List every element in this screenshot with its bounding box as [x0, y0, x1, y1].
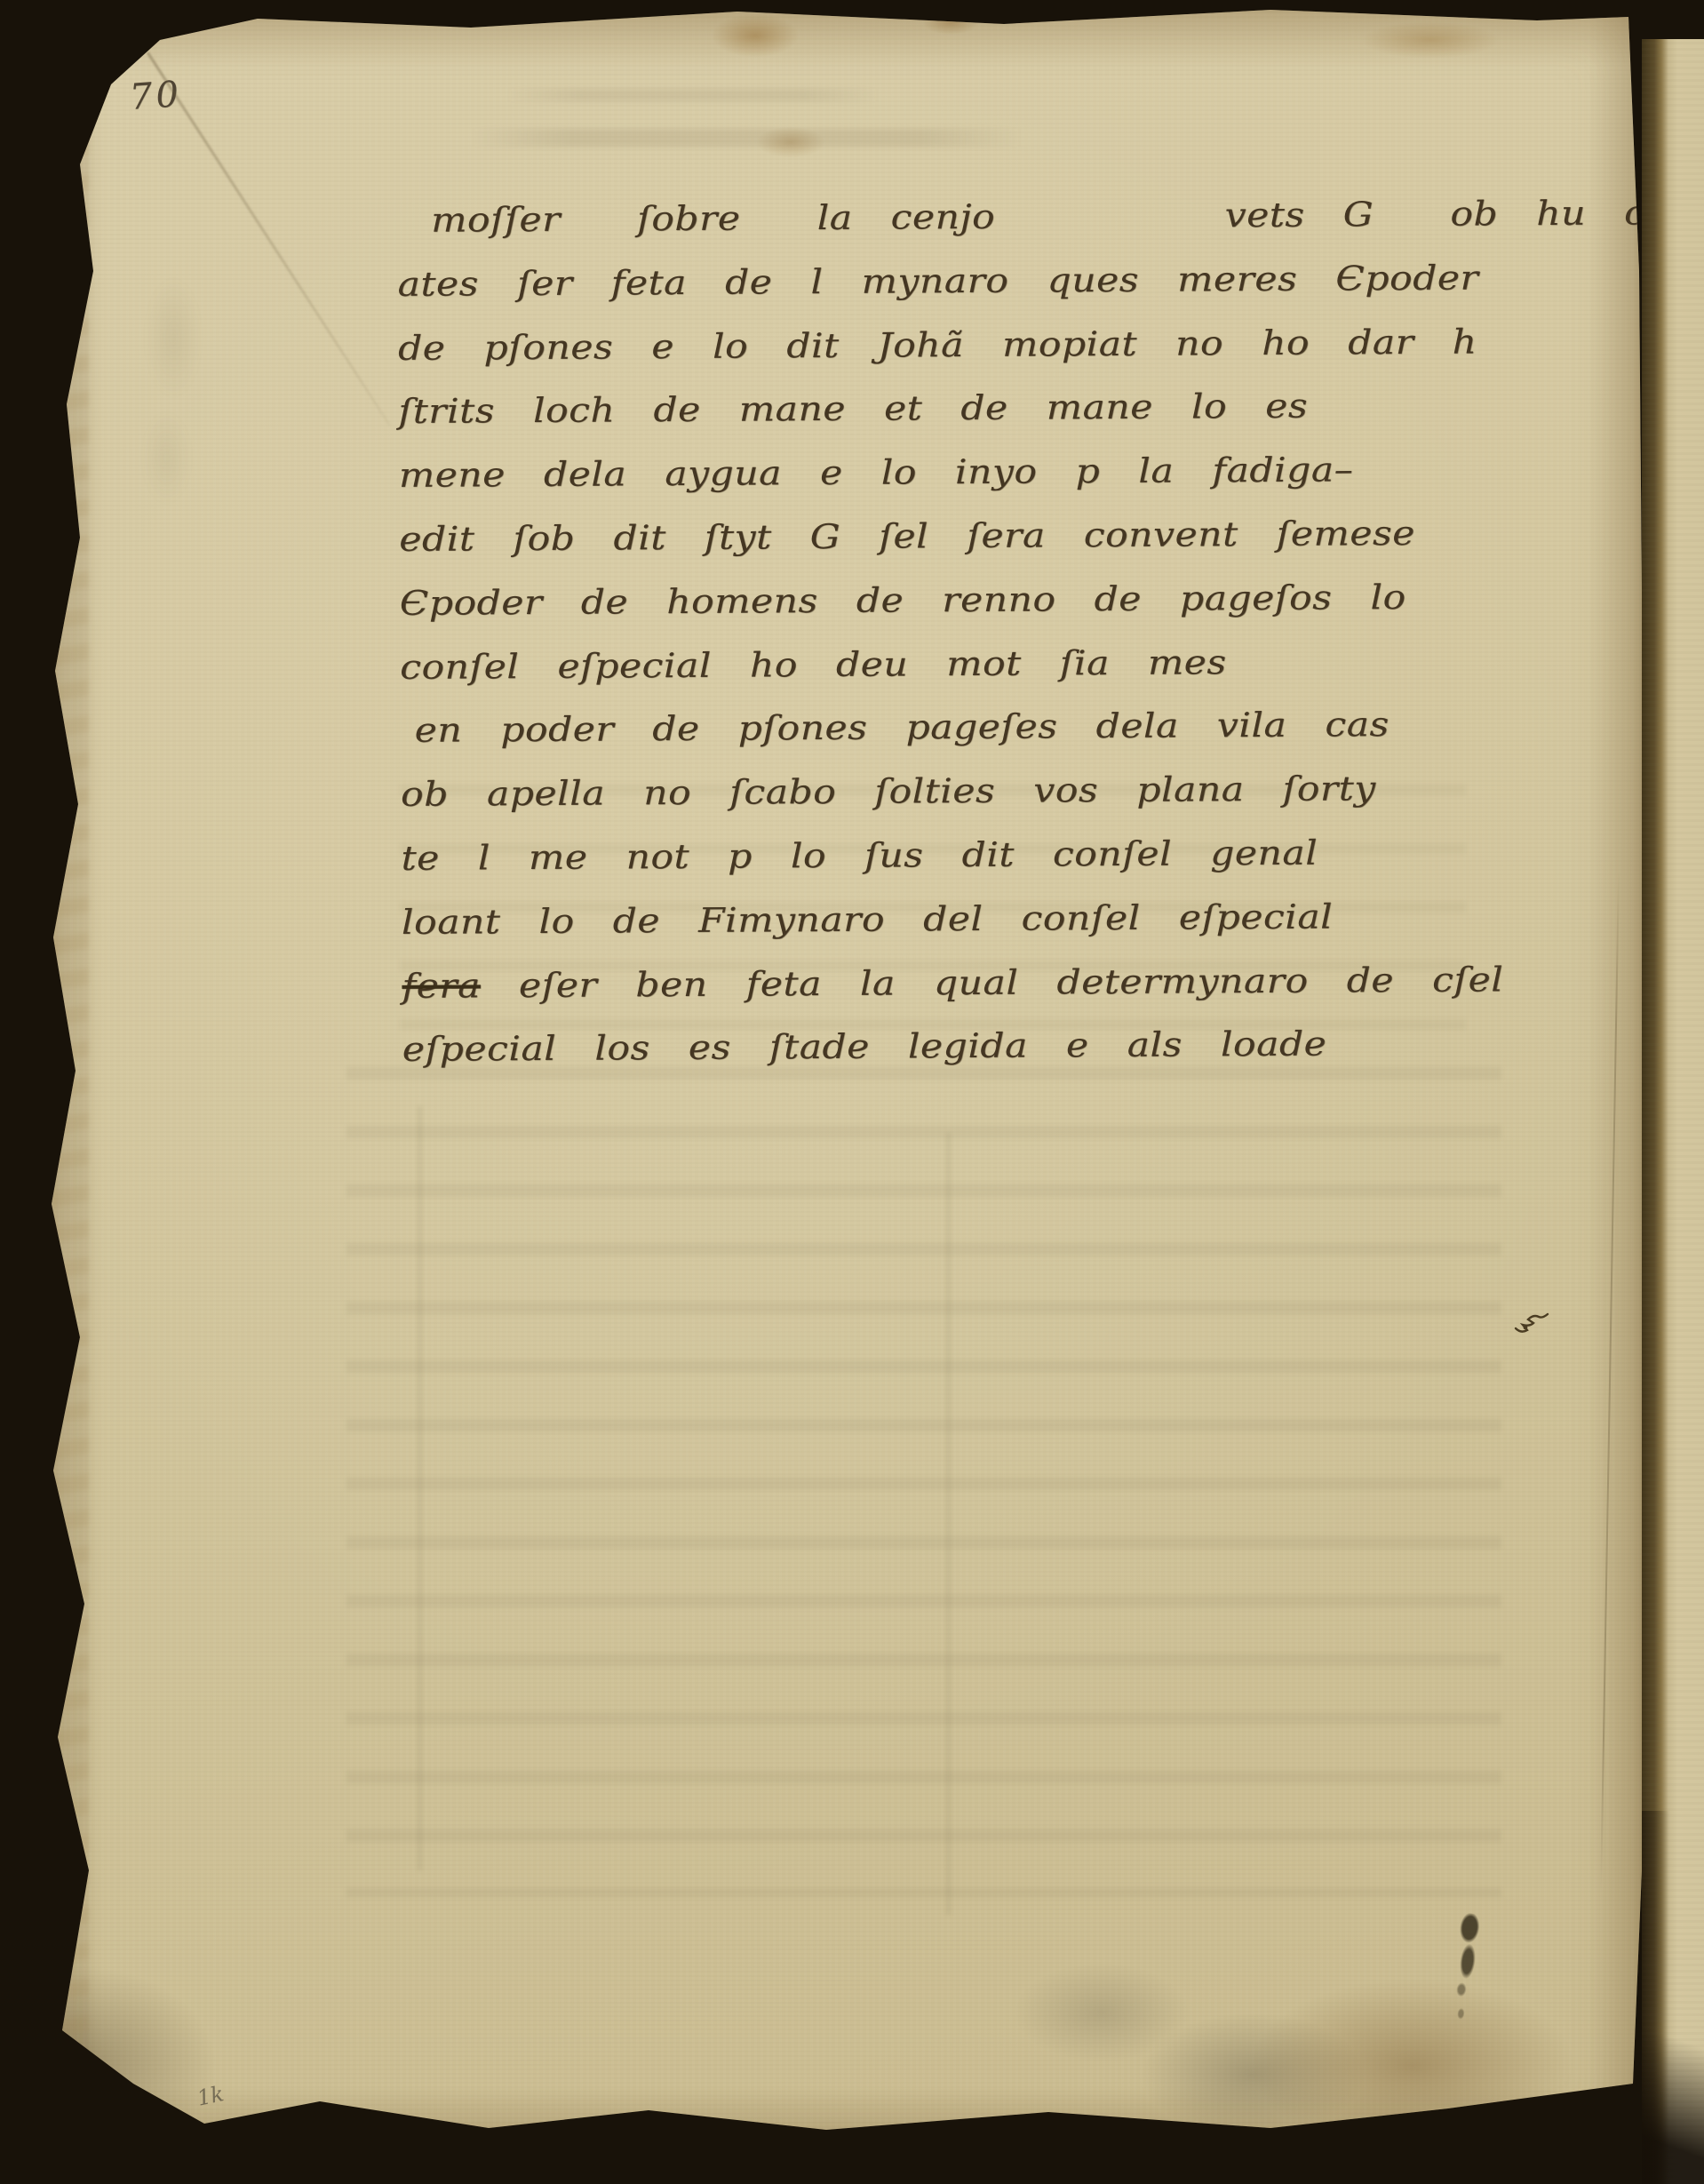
manuscript-line: moſſer ſobre la cenjo vets G ob hu conſe… — [431, 181, 1667, 252]
manuscript-line: Єpoder de homens de renno de pageſos lo — [400, 564, 1674, 636]
manuscript-line: ſtrits loch de mane et de mane lo es — [398, 373, 1672, 445]
bleedthrough-rows — [346, 1026, 1501, 1897]
next-folio-edge — [1642, 39, 1704, 2184]
manuscript-line: mene dela aygua e lo inyo p la fadiga– — [399, 436, 1673, 508]
manuscript-line-text: moſſer ſobre la cenjo vets G ob hu conſe… — [431, 193, 1704, 240]
paper-crease — [946, 1133, 951, 1915]
manuscript-line-text: Єpoder de homens de renno de pageſos lo — [400, 578, 1406, 623]
pen-flourish-icon — [1512, 1309, 1551, 1343]
manuscript-line-text: de pſones e lo dit Johã mopiat no ho dar… — [398, 322, 1477, 367]
manuscript-line: conſel eſpecial ho deu mot ſia mes — [400, 628, 1674, 700]
manuscript-line-text: conſel eſpecial ho deu mot ſia mes — [400, 642, 1227, 687]
manuscript-page: 70 moſſer ſobre la cenjo vets G ob hu co… — [27, 4, 1642, 2159]
manuscript-line-text: ſtrits loch de mane et de mane lo es — [398, 387, 1308, 431]
manuscript-line: edit ſob dit ſtyt G ſel ſera convent ſem… — [399, 500, 1673, 572]
ink-blot — [1439, 1911, 1489, 2035]
bleedthrough-band — [506, 89, 880, 101]
manuscript-scan: { "page": { "folio_number": "70", "penci… — [0, 0, 1704, 2184]
manuscript-line-text: edit ſob dit ſtyt G ſel ſera convent ſem… — [399, 514, 1415, 559]
pencil-note: 1k — [195, 2081, 226, 2111]
manuscript-line-text: ates ſer feta de l mynaro ques meres Єpo… — [397, 258, 1478, 303]
manuscript-line-text: mene dela aygua e lo inyo p la fadiga– — [399, 450, 1354, 496]
bleedthrough-rows — [400, 742, 1466, 1035]
manuscript-line: de pſones e lo dit Johã mopiat no ho dar… — [398, 309, 1672, 381]
paper-crease — [418, 1106, 422, 1870]
manuscript-line: ates ſer feta de l mynaro ques meres Єpo… — [397, 245, 1671, 317]
bleedthrough-band — [471, 129, 1022, 147]
bleedthrough-smudge — [107, 271, 240, 538]
